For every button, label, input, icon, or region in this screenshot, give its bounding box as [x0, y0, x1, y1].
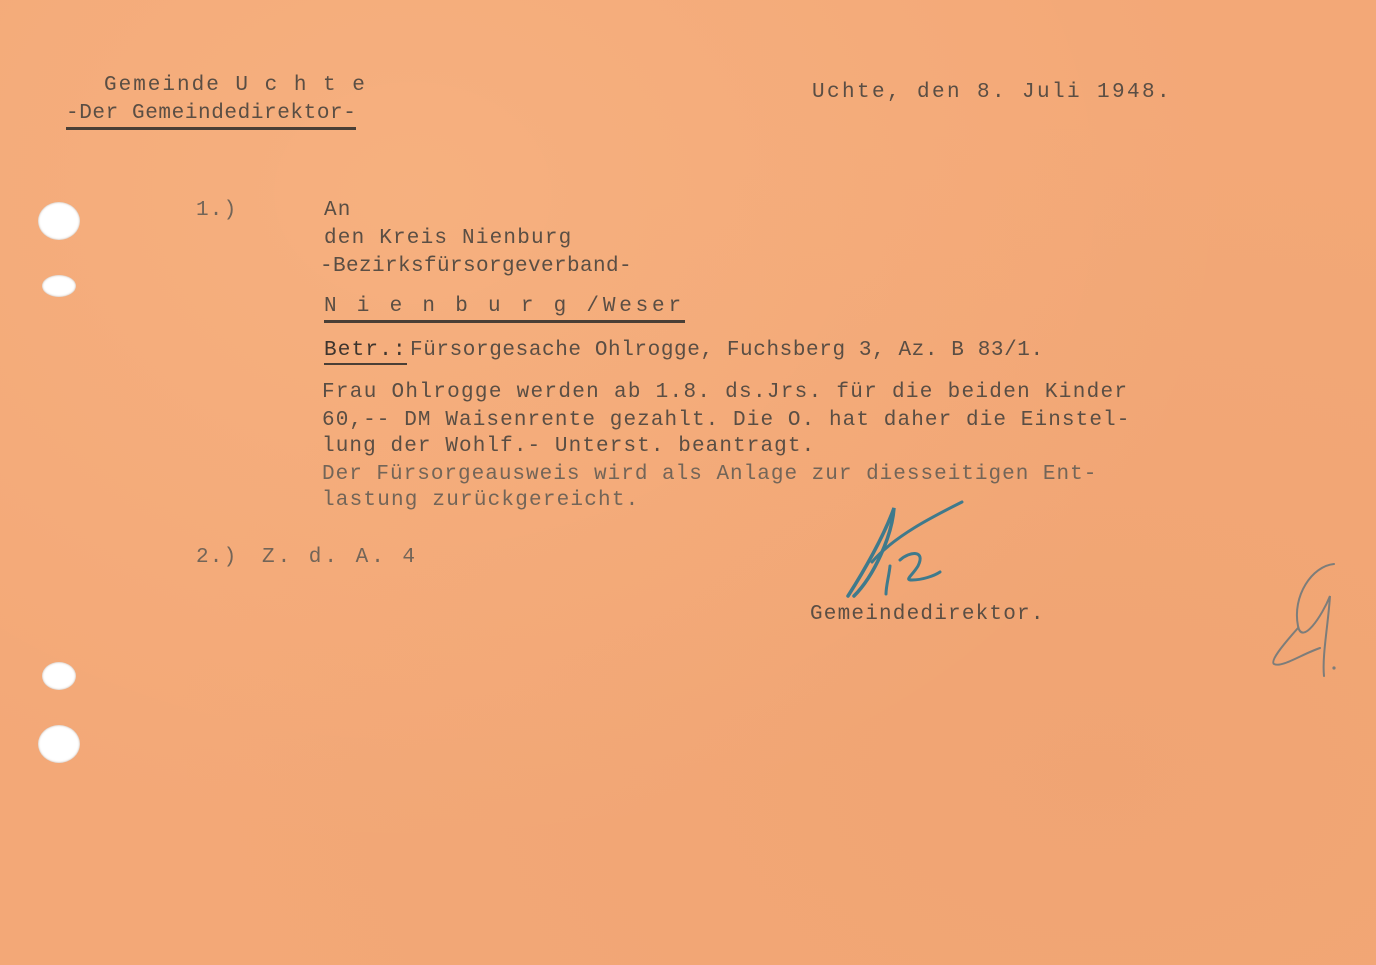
place-date: Uchte, den 8. Juli 1948. — [812, 82, 1172, 103]
signature-mark — [834, 496, 974, 606]
subject-text: Fürsorgesache Ohlrogge, Fuchsberg 3, Az.… — [410, 340, 1044, 361]
recipient-line-1: An — [324, 200, 352, 221]
punch-hole-2 — [42, 275, 76, 297]
body-line-5: lastung zurückgereicht. — [322, 490, 639, 511]
sender-line-2: -Der Gemeindedirektor- — [66, 103, 356, 130]
sender-line-1: Gemeinde U c h t e — [104, 75, 367, 96]
item-2-number: 2.) — [196, 547, 237, 568]
subject-label: Betr.: — [324, 340, 407, 365]
body-line-3: lung der Wohlf.- Unterst. beantragt. — [322, 436, 815, 457]
body-line-1: Frau Ohlrogge werden ab 1.8. ds.Jrs. für… — [322, 382, 1128, 403]
recipient-line-2: den Kreis Nienburg — [324, 228, 572, 249]
recipient-line-3: -Bezirksfürsorgeverband- — [320, 256, 632, 277]
item-2-text: Z. d. A. 4 — [262, 547, 418, 568]
punch-hole-4 — [38, 725, 80, 763]
body-line-4: Der Fürsorgeausweis wird als Anlage zur … — [322, 464, 1097, 485]
signature-title: Gemeindedirektor. — [810, 604, 1045, 625]
recipient-city: N i e n b u r g /Weser — [324, 296, 685, 323]
pencil-initial-mark — [1262, 556, 1352, 686]
item-1-number: 1.) — [196, 200, 237, 221]
body-line-2: 60,-- DM Waisenrente gezahlt. Die O. hat… — [322, 410, 1130, 431]
punch-hole-3 — [42, 662, 76, 690]
punch-hole-1 — [38, 202, 80, 240]
